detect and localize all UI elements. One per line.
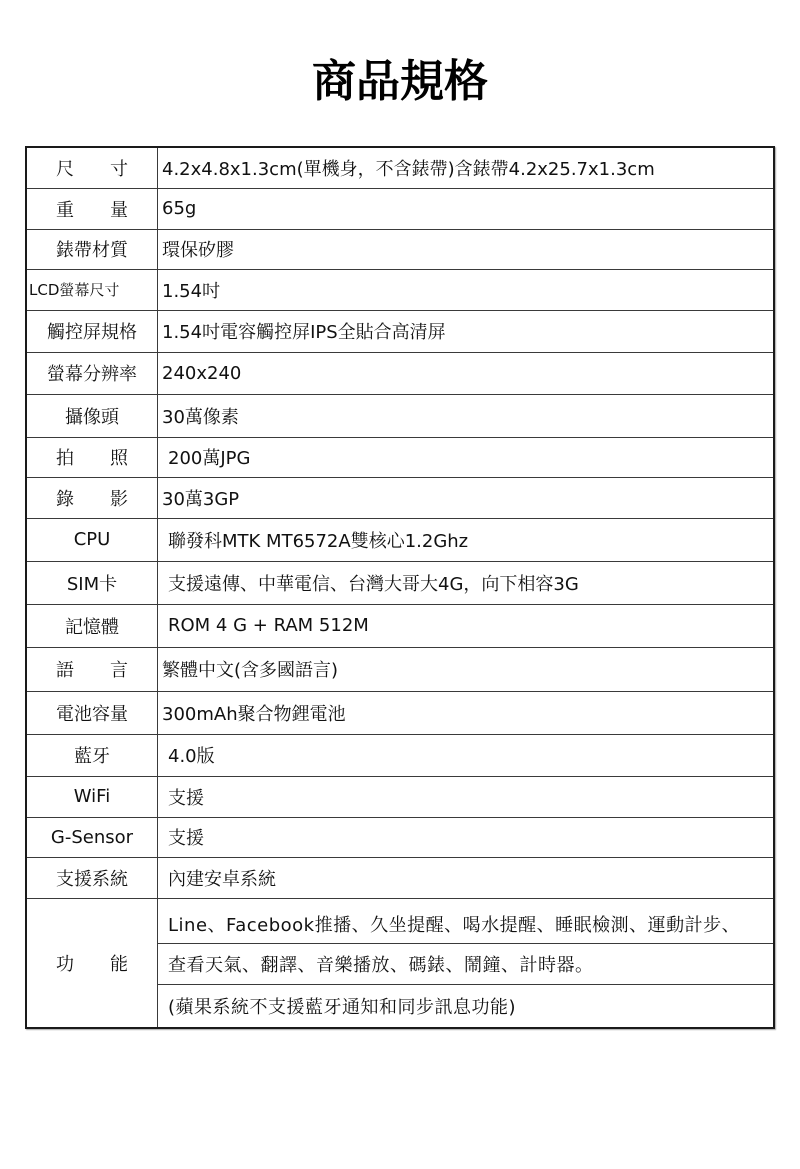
spec-row-sim: SIM卡 支援遠傳、中華電信、台灣大哥大4G，向下相容3G [26, 561, 774, 604]
spec-row-language: 語 言 繁體中文(含多國語言) [26, 647, 774, 691]
spec-row-size: 尺 寸 4.2x4.8x1.3cm(單機身，不含錶帶)含錶帶4.2x25.7x1… [26, 147, 774, 188]
spec-row-resolution: 螢幕分辨率 240x240 [26, 352, 774, 394]
spec-value: 30萬像素 [158, 394, 775, 437]
spec-row-photo: 拍 照 200萬JPG [26, 437, 774, 477]
spec-label: 螢幕分辨率 [26, 352, 158, 394]
function-line: 查看天氣、翻譯、音樂播放、碼錶、鬧鐘、計時器。 [158, 943, 775, 984]
spec-row-battery: 電池容量 300mAh聚合物鋰電池 [26, 691, 774, 734]
spec-row-memory: 記憶體 ROM 4 G + RAM 512M [26, 604, 774, 647]
spec-value: 支援 [158, 817, 775, 857]
spec-label: 電池容量 [26, 691, 158, 734]
spec-label: WiFi [26, 776, 158, 817]
spec-row-video: 錄 影 30萬3GP [26, 477, 774, 518]
spec-table: 尺 寸 4.2x4.8x1.3cm(單機身，不含錶帶)含錶帶4.2x25.7x1… [25, 146, 775, 1029]
spec-value: 內建安卓系統 [158, 857, 775, 898]
function-line: (蘋果系統不支援藍牙通知和同步訊息功能) [158, 984, 775, 1028]
spec-label-functions: 功 能 [26, 898, 158, 1028]
spec-value: 環保矽膠 [158, 229, 775, 269]
spec-value: 240x240 [158, 352, 775, 394]
spec-value: 4.0版 [158, 734, 775, 776]
spec-value: 200萬JPG [158, 437, 775, 477]
spec-label: 拍 照 [26, 437, 158, 477]
spec-label: 語 言 [26, 647, 158, 691]
spec-row-os: 支援系統 內建安卓系統 [26, 857, 774, 898]
spec-value: ROM 4 G + RAM 512M [158, 604, 775, 647]
spec-row-bluetooth: 藍牙 4.0版 [26, 734, 774, 776]
spec-value: 聯發科MTK MT6572A雙核心1.2Ghz [158, 518, 775, 561]
spec-row-gsensor: G-Sensor 支援 [26, 817, 774, 857]
spec-row-weight: 重 量 65g [26, 188, 774, 229]
function-line: Line、Facebook推播、久坐提醒、喝水提醒、睡眠檢測、運動計步、 [158, 898, 775, 943]
spec-label: 錶帶材質 [26, 229, 158, 269]
spec-row-cpu: CPU 聯發科MTK MT6572A雙核心1.2Ghz [26, 518, 774, 561]
spec-label: 記憶體 [26, 604, 158, 647]
spec-value: 4.2x4.8x1.3cm(單機身，不含錶帶)含錶帶4.2x25.7x1.3cm [158, 147, 775, 188]
spec-value: 65g [158, 188, 775, 229]
spec-label: 攝像頭 [26, 394, 158, 437]
spec-row-touchscreen: 觸控屏規格 1.54吋電容觸控屏IPS全貼合高清屏 [26, 310, 774, 352]
spec-value: 支援 [158, 776, 775, 817]
spec-label: 錄 影 [26, 477, 158, 518]
spec-row-wifi: WiFi 支援 [26, 776, 774, 817]
spec-label: LCD螢幕尺寸 [26, 269, 158, 310]
spec-label: 重 量 [26, 188, 158, 229]
spec-row-strap-material: 錶帶材質 環保矽膠 [26, 229, 774, 269]
spec-label: 藍牙 [26, 734, 158, 776]
spec-label: 支援系統 [26, 857, 158, 898]
spec-value: 300mAh聚合物鋰電池 [158, 691, 775, 734]
page-title: 商品規格 [0, 52, 800, 112]
spec-label: 尺 寸 [26, 147, 158, 188]
spec-value: 1.54吋電容觸控屏IPS全貼合高清屏 [158, 310, 775, 352]
spec-row-functions-1: 功 能 Line、Facebook推播、久坐提醒、喝水提醒、睡眠檢測、運動計步、 [26, 898, 774, 943]
spec-value: 1.54吋 [158, 269, 775, 310]
spec-row-lcd-size: LCD螢幕尺寸 1.54吋 [26, 269, 774, 310]
spec-label: 觸控屏規格 [26, 310, 158, 352]
spec-value: 30萬3GP [158, 477, 775, 518]
spec-label: G-Sensor [26, 817, 158, 857]
spec-value: 繁體中文(含多國語言) [158, 647, 775, 691]
spec-label: SIM卡 [26, 561, 158, 604]
spec-label: CPU [26, 518, 158, 561]
spec-row-camera: 攝像頭 30萬像素 [26, 394, 774, 437]
spec-value: 支援遠傳、中華電信、台灣大哥大4G，向下相容3G [158, 561, 775, 604]
